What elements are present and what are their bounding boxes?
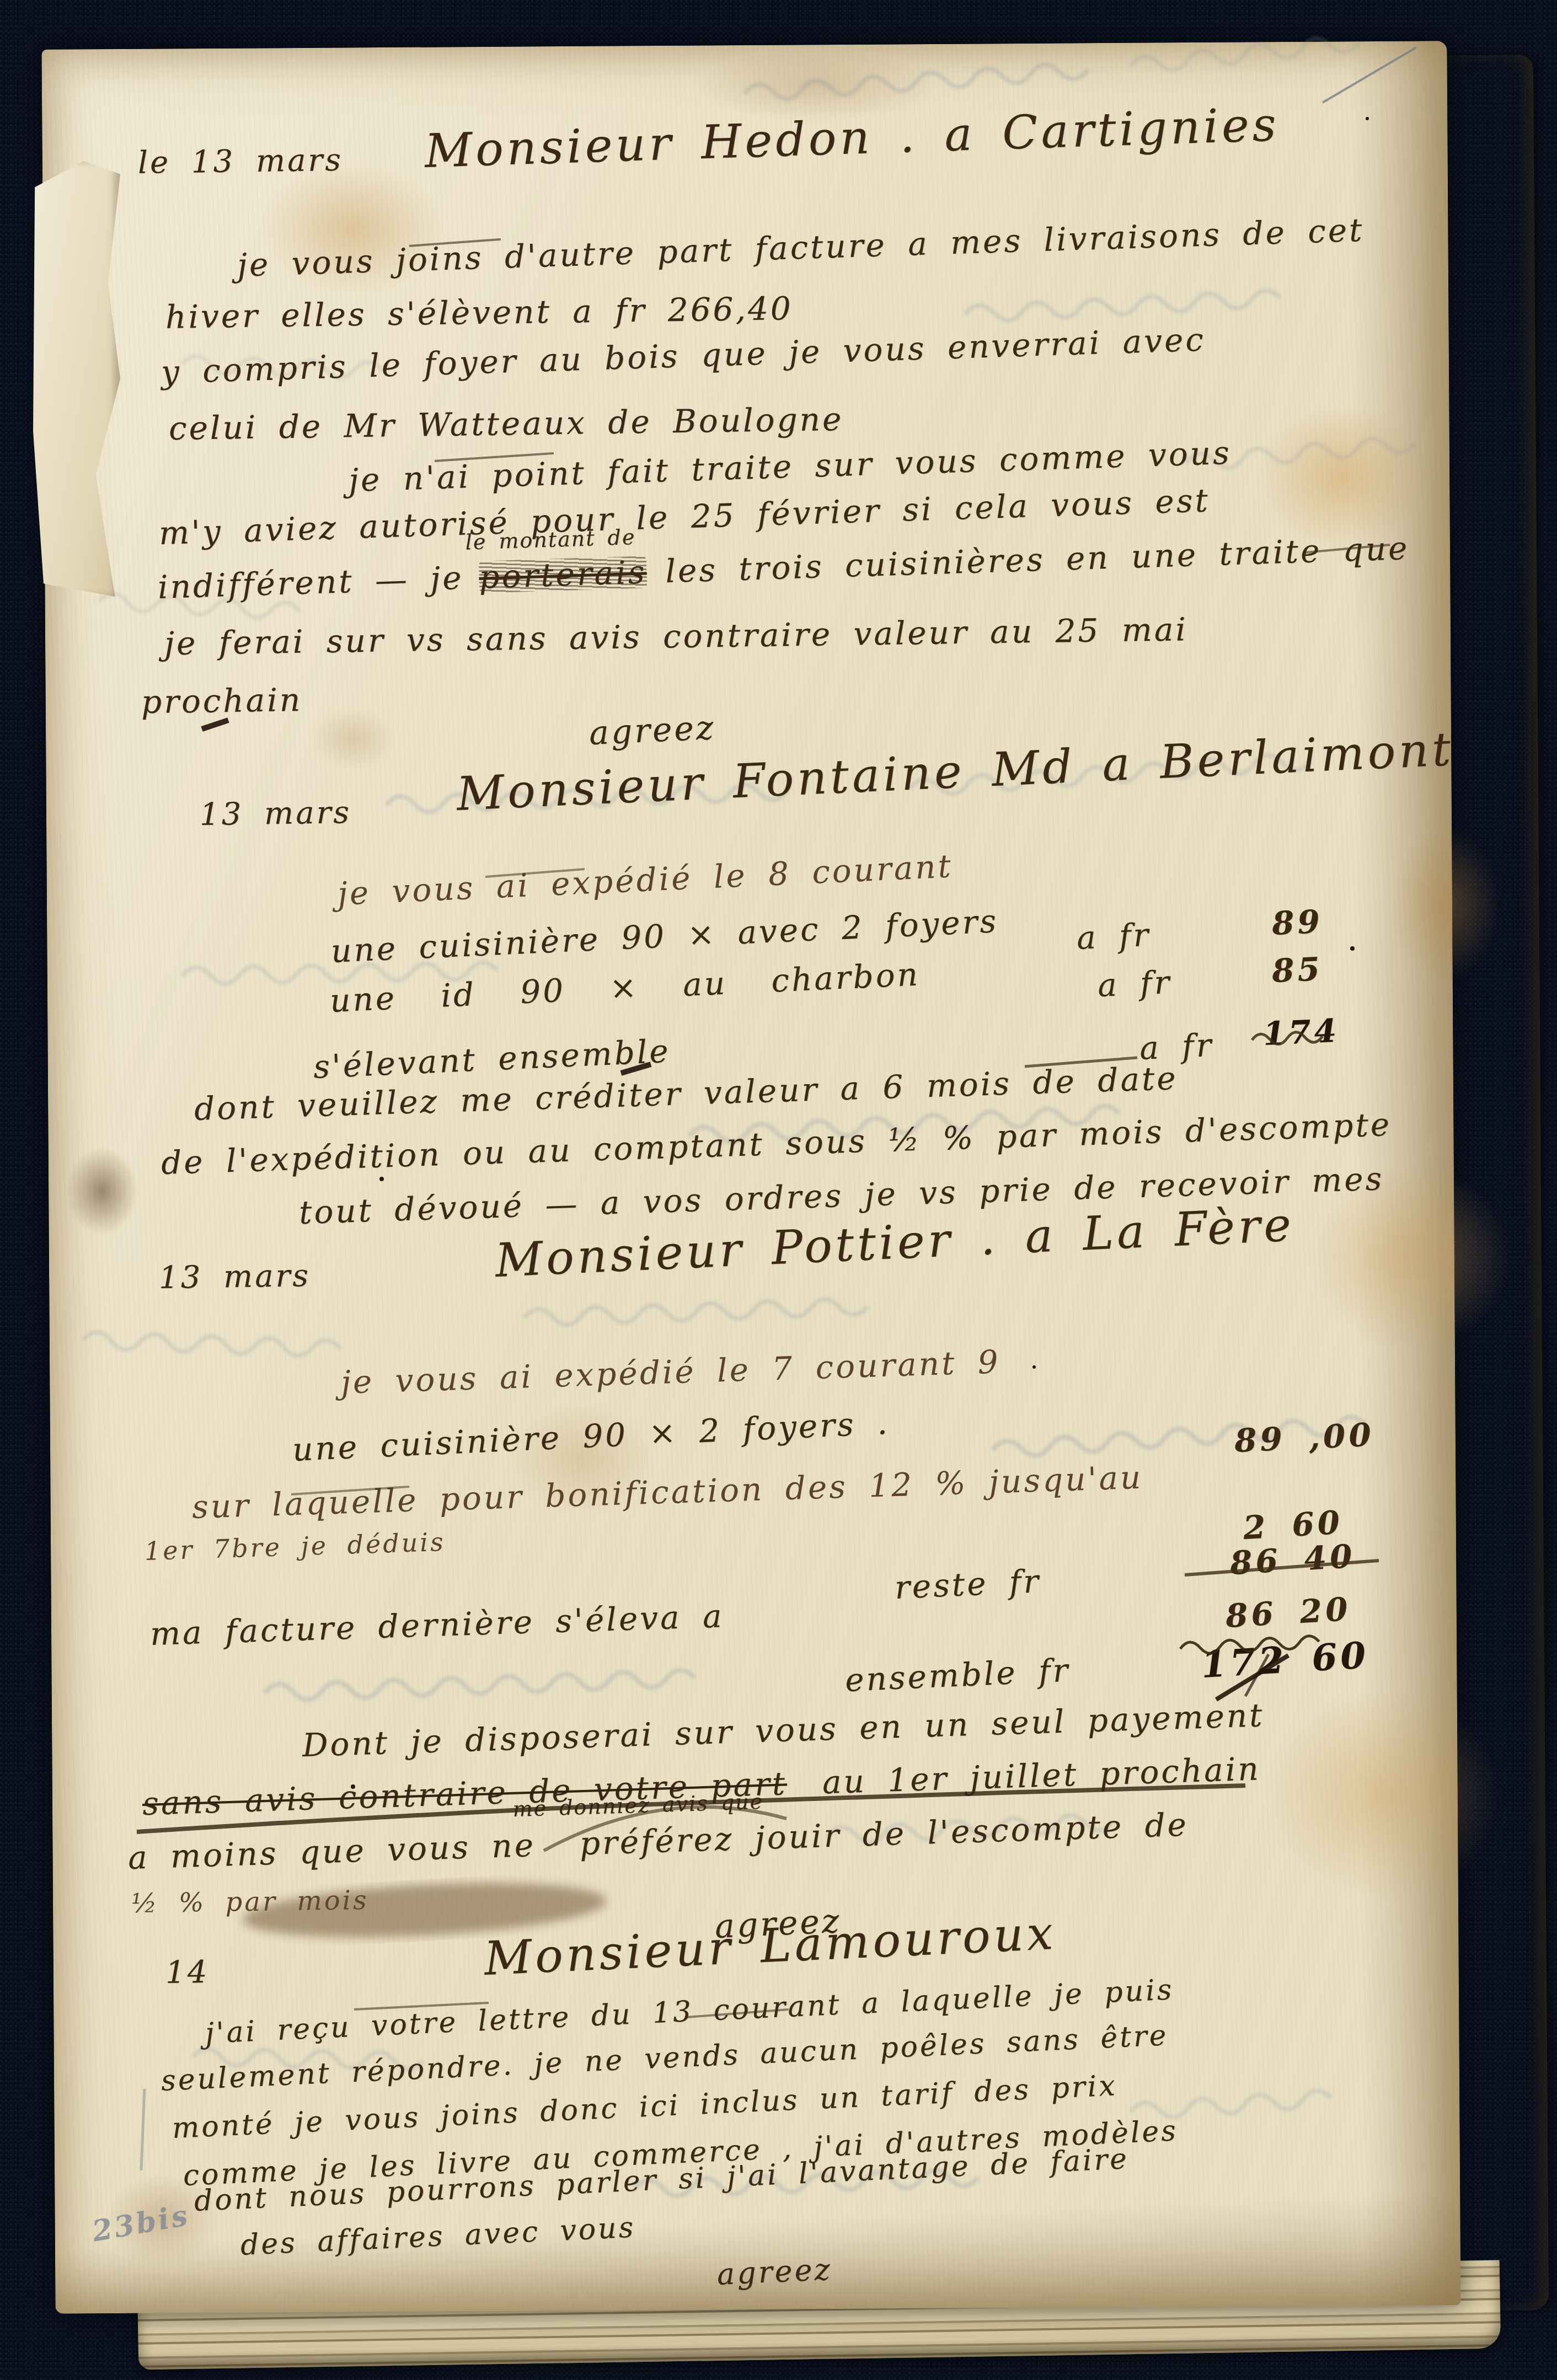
letter1-line: prochain (141, 684, 303, 718)
invoice-row-amount: 86 20 (1224, 1593, 1352, 1632)
letterbook-scan: { "marginalia": { "folio_note": "23bis" … (0, 0, 1557, 2380)
letter3-line: Dont je disposerai sur vous en un seul p… (302, 1699, 1265, 1761)
letter3-condition-pre: a moins que vous ne (127, 1829, 536, 1874)
letter1-heading: Monsieur Hedon . a Cartignies (424, 101, 1280, 174)
invoice-row-desc: une cuisinière 90 × 2 foyers . (292, 1407, 890, 1466)
letter3-margin-date: 13 mars (159, 1261, 311, 1294)
invoice-item-desc: une id 90 × au charbon (329, 958, 921, 1017)
letter1-correction-rest: les trois cuisinières en une traite que (665, 532, 1410, 587)
folio-pencil-note: 23bis (90, 2201, 191, 2247)
invoice-item-amount: 85 (1271, 953, 1324, 987)
letter3-intro-line: je vous ai expédié le 7 courant 9 (340, 1346, 1000, 1398)
invoice-total-label: s'élevant ensemble (313, 1035, 671, 1083)
letter4-heading: Monsieur Lamouroux (483, 1910, 1057, 1982)
letter4-line: des affaires avec vous (240, 2213, 636, 2260)
letter1-line: hiver elles s'élèvent a fr 266,40 (165, 292, 793, 333)
letter1-margin-date: le 13 mars (138, 145, 344, 179)
invoice-item-unit: a fr (1076, 919, 1152, 954)
invoice-row-desc: sur laquelle pour bonification des 12 % … (191, 1461, 1143, 1523)
letter4-margin-date: 14 (165, 1957, 210, 1988)
letter1-line: je ferai sur vs sans avis contraire vale… (164, 613, 1189, 660)
letter1-correction-pre: indifférent — je (157, 562, 464, 603)
letter2-intro-line: je vous ai expédié le 8 courant (337, 850, 954, 910)
letter1-closing: agreez (588, 711, 716, 750)
invoice-item-unit: a fr (1097, 966, 1173, 1001)
letter1-line: m'y aviez autorisé pour le 25 février si… (158, 484, 1210, 549)
invoice-total-amount: 174 (1262, 1015, 1341, 1050)
letter1-line: celui de Mr Watteaux de Boulogne (169, 403, 844, 444)
letter1-interline-insertion: le montant de (465, 527, 636, 553)
letter1-line: je vous joins d'autre part facture a mes… (237, 214, 1365, 281)
invoice-row-desc: ma facture dernière s'éleva a (149, 1600, 724, 1650)
invoice-row-desc: 1er 7bre je déduis (144, 1529, 446, 1564)
invoice-row-amount: 89 ,00 (1234, 1419, 1375, 1457)
invoice-total-label: ensemble fr (844, 1654, 1071, 1696)
letter3-after-struck: au 1er juillet prochain (822, 1752, 1261, 1798)
invoice-item-amount: 89 (1271, 905, 1324, 940)
letter3-condition-line: a moins que vous ne préférez jouir de l'… (127, 1809, 1189, 1874)
letter2-margin-date: 13 mars (200, 797, 352, 830)
handwriting-layer: le 13 mars Monsieur Hedon . a Cartignies… (0, 0, 1557, 2380)
letter4-closing: agreez (716, 2255, 833, 2290)
invoice-row-amount: 86 40 (1229, 1540, 1356, 1579)
letter3-line: ½ % par mois (131, 1887, 369, 1917)
letter1-struck-word: porterais (479, 556, 648, 593)
invoice-total-amount: 172 60 (1200, 1637, 1370, 1683)
invoice-row-desc: reste fr (894, 1565, 1041, 1604)
